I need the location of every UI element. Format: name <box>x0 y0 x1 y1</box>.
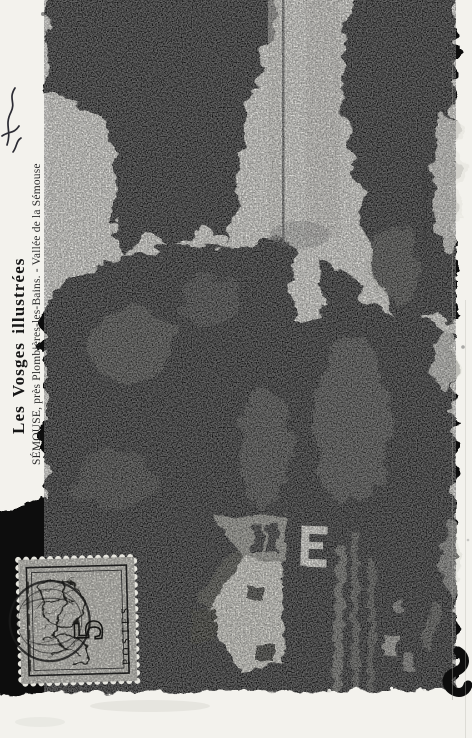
paper-crease <box>452 60 453 700</box>
postcard-caption: SÉMOUSE, près Plombières-les-Bains. - Va… <box>31 105 43 465</box>
paper-crease <box>465 300 466 738</box>
scanned-postcard: Les Vosges illustrées SÉMOUSE, près Plom… <box>0 0 472 738</box>
margin-smudge <box>90 700 210 712</box>
postcard-photo: 5 POSTES <box>0 0 472 738</box>
handwritten-mark <box>2 88 21 152</box>
photographer-credit: Heuchet, Fougerolles <box>419 128 429 240</box>
margin-smudge <box>15 717 65 727</box>
postage-stamp: 5 POSTES <box>8 557 137 684</box>
series-title: Les Vosges illustrées <box>9 156 29 434</box>
stamp-grain <box>18 557 137 684</box>
bottom-margin <box>0 689 472 738</box>
